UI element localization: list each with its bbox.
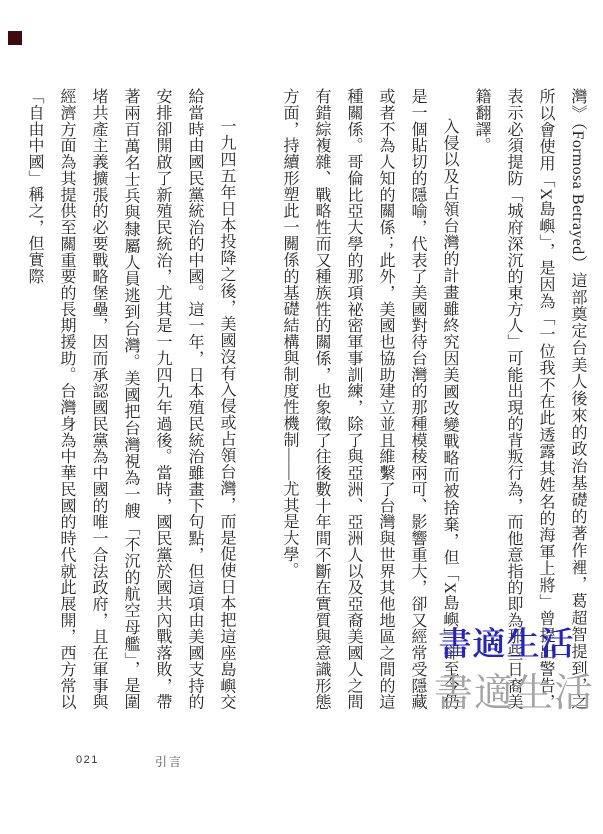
paragraph-x-island: 入侵以及占領台灣的計畫雖終究因美國改變戰略而被捨棄，但「X島嶼」卻至今仍是一個貼… (273, 88, 465, 710)
paragraph-1945: 一九四五年日本投降之後，美國沒有入侵或占領台灣，而是促使日本把這座島嶼交給當時由… (18, 88, 242, 710)
page-corner-marker (8, 31, 22, 45)
book-page: 灣》（Formosa Betrayed）這部奠定台美人後來的政治基礎的著作裡，葛… (0, 0, 603, 834)
page-number: 021 (76, 754, 99, 766)
body-text: 灣》（Formosa Betrayed）這部奠定台美人後來的政治基礎的著作裡，葛… (27, 88, 593, 710)
section-title: 引言 (155, 753, 183, 770)
paragraph-continuation: 灣》（Formosa Betrayed）這部奠定台美人後來的政治基礎的著作裡，葛… (465, 88, 593, 710)
